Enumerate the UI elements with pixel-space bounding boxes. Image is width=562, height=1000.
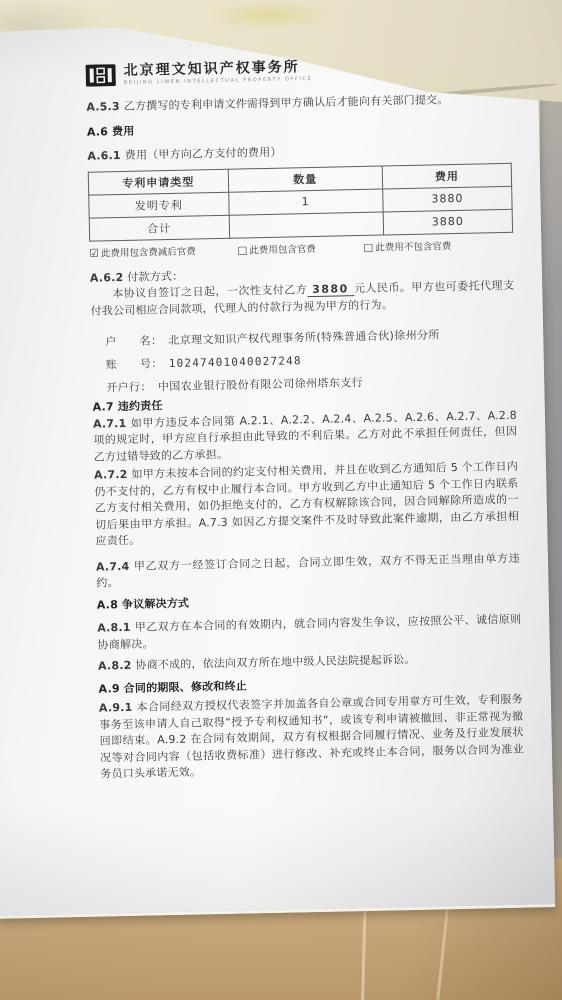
payment-text-before: 本协议自签订之日起，一次性支付乙方 xyxy=(112,283,307,300)
clause-a53: A.5.3乙方撰写的专利申请文件需得到甲方确认后才能向有关部门提交。 xyxy=(86,91,510,116)
section-number: A.7 xyxy=(93,400,114,413)
clause-text: 甲乙双方一经签订合同之日起，合同立即生效，双方不得无正当理由单方违约。 xyxy=(96,551,520,589)
account-name-value: 北京理文知识产权代理事务所(特殊普通合伙)徐州分所 xyxy=(168,328,440,347)
bank-branch-label: 开户行： xyxy=(106,380,152,394)
clause-number: A.7.2 xyxy=(94,468,128,482)
clause-number: A.8.2 xyxy=(98,659,132,673)
clause-text: 费用（甲方向乙方支付的费用） xyxy=(125,146,282,162)
checkbox-label: 此费用不包含官费 xyxy=(375,240,451,255)
section-a8-heading: A.8争议解决方式 xyxy=(97,588,521,613)
clause-a91: A.9.1本合同经双方授权代表签字并加盖各自公章或合同专用章方可生效，专利服务事… xyxy=(99,692,525,783)
cell-quantity: 1 xyxy=(228,189,383,215)
fee-table: 专利申请类型 数量 费用 发明专利 1 3880 合计 3880 xyxy=(88,162,513,241)
checkbox-fee-includes-reduced-official-fee: ☑此费用包含费减后官费 xyxy=(89,244,237,260)
section-number: A.9 xyxy=(98,682,119,695)
clause-text: 如甲方未按本合同的约定支付相关费用，并且在收到乙方通知后 5 个工作日内仍不支付… xyxy=(94,460,519,548)
checkbox-fee-includes-official-fee: □此费用包含官费 xyxy=(237,241,363,257)
col-header-fee: 费用 xyxy=(382,163,511,189)
clause-a74: A.7.4甲乙双方一经签订合同之日起，合同立即生效，双方不得无正当理由单方违约。 xyxy=(96,550,521,592)
checkbox-label: 此费用包含费减后官费 xyxy=(101,245,196,260)
unchecked-checkbox-icon: □ xyxy=(363,241,373,254)
section-title: 合同的期限、修改和终止 xyxy=(124,679,247,695)
firm-logo-icon xyxy=(86,64,117,91)
account-number-value: 10247401040027248 xyxy=(169,354,302,370)
bank-branch-value: 中国农业银行股份有限公司徐州塔东支行 xyxy=(158,376,363,393)
cell-total-fee: 3880 xyxy=(383,209,512,235)
fee-scope-checkboxes: ☑此费用包含费减后官费 □此费用包含官费 □此费用不包含官费 xyxy=(89,238,513,260)
clause-text: 本合同经双方授权代表签字并加盖各自公章或合同专用章方可生效，专利服务事务至该申请… xyxy=(99,693,524,781)
clause-number: A.7.4 xyxy=(96,559,130,573)
clause-text: 乙方撰写的专利申请文件需得到甲方确认后才能向有关部门提交。 xyxy=(124,93,449,113)
clause-a81: A.8.1甲乙双方在本合同的有效期内，就合同内容发生争议，应按照公平、诚信原则协… xyxy=(97,612,522,654)
col-header-patent-type: 专利申请类型 xyxy=(88,169,228,195)
unchecked-checkbox-icon: □ xyxy=(237,244,247,257)
checked-checkbox-icon: ☑ xyxy=(89,247,99,260)
checkbox-fee-excludes-official-fee: □此费用不包含官费 xyxy=(363,240,451,255)
section-title: 费用 xyxy=(112,124,135,137)
clause-a61: A.6.1费用（甲方向乙方支付的费用） xyxy=(87,140,511,165)
account-name-label: 户 名： xyxy=(105,334,162,348)
contract-page: 北京理文知识产权事务所 BEIJING LIWEN INTELLECTUAL P… xyxy=(0,18,555,918)
cell-fee: 3880 xyxy=(383,186,512,212)
col-header-quantity: 数量 xyxy=(228,166,383,192)
account-number-label: 账 号： xyxy=(106,357,163,371)
clause-number: A.8.1 xyxy=(97,621,131,635)
cell-total-quantity xyxy=(229,212,384,238)
photo-scene: 北京理文知识产权事务所 BEIJING LIWEN INTELLECTUAL P… xyxy=(0,0,562,1000)
bank-details: 户 名：北京理文知识产权代理事务所(特殊普通合伙)徐州分所 账 号：102474… xyxy=(91,322,516,400)
clause-number: A.5.3 xyxy=(86,100,120,114)
clause-a71: A.7.1如甲方违反本合同第 A.2.1、A.2.2、A.2.4、A.2.5、A… xyxy=(93,407,518,465)
section-number: A.8 xyxy=(97,598,118,611)
clause-text: 协商不成的，依法向双方所在地中级人民法院提起诉讼。 xyxy=(135,653,415,672)
clause-text: 甲乙双方在本合同的有效期内，就合同内容发生争议，应按照公平、诚信原则协商解决。 xyxy=(98,613,522,651)
section-number: A.6 xyxy=(87,125,108,138)
clause-number: A.6.1 xyxy=(87,149,121,163)
checkbox-label: 此费用包含官费 xyxy=(249,242,316,256)
payment-amount: 3880 xyxy=(307,282,354,297)
clause-a82: A.8.2协商不成的，依法向双方所在地中级人民法院提起诉讼。 xyxy=(98,650,522,675)
clause-title: 付款方式： xyxy=(127,269,183,283)
clause-number: A.9.1 xyxy=(99,701,133,715)
clause-a72: A.7.2如甲方未按本合同的约定支付相关费用，并且在收到乙方通知后 5 个工作日… xyxy=(94,459,520,550)
cell-patent-type: 发明专利 xyxy=(89,192,229,218)
firm-identity: 北京理文知识产权事务所 BEIJING LIWEN INTELLECTUAL P… xyxy=(123,59,312,86)
section-a6-heading: A.6费用 xyxy=(87,115,511,140)
clause-number: A.6.2 xyxy=(90,270,124,284)
section-title: 违约责任 xyxy=(118,399,163,413)
contract-content: 北京理文知识产权事务所 BEIJING LIWEN INTELLECTUAL P… xyxy=(85,55,524,783)
section-title: 争议解决方式 xyxy=(122,596,189,610)
cell-total-label: 合计 xyxy=(89,215,229,241)
clause-number: A.7.1 xyxy=(93,416,127,430)
clause-text: 如甲方违反本合同第 A.2.1、A.2.2、A.2.4、A.2.5、A.2.6、… xyxy=(93,408,517,463)
